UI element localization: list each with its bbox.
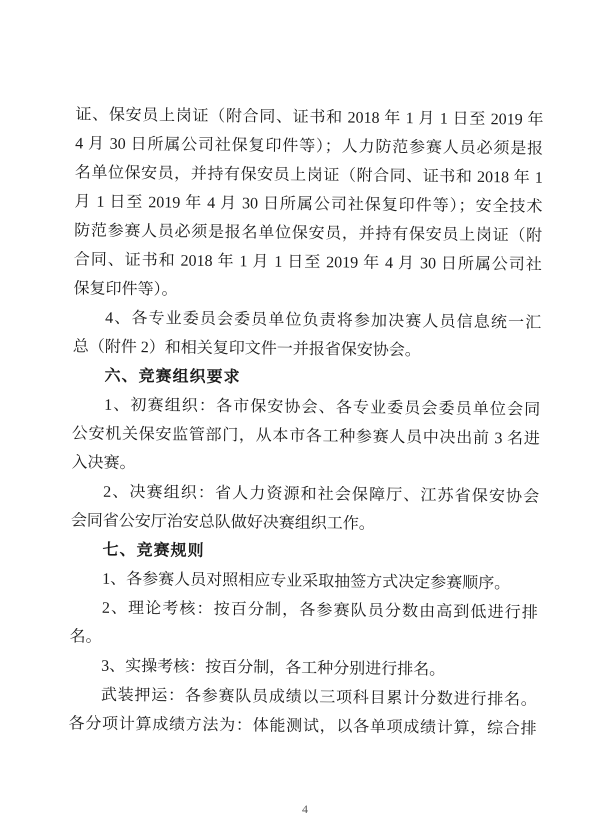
page-number: 4 [0,802,600,817]
text-line: 2、理论考核：按百分制，各参赛队员分数由高到低进行排 [70,593,538,627]
document-text-block: 证、保安员上岗证（附合同、证书和 2018 年 1 月 1 日至 2019 年4… [68,100,543,743]
document-page: 证、保安员上岗证（附合同、证书和 2018 年 1 月 1 日至 2019 年4… [0,0,600,835]
text-line: 公安机关保安监管部门，从本市各工种参赛人员中决出前 3 名进 [72,419,540,453]
text-line: 各分项计算成绩方法为：体能测试，以各单项成绩计算，综合排 [68,709,536,743]
